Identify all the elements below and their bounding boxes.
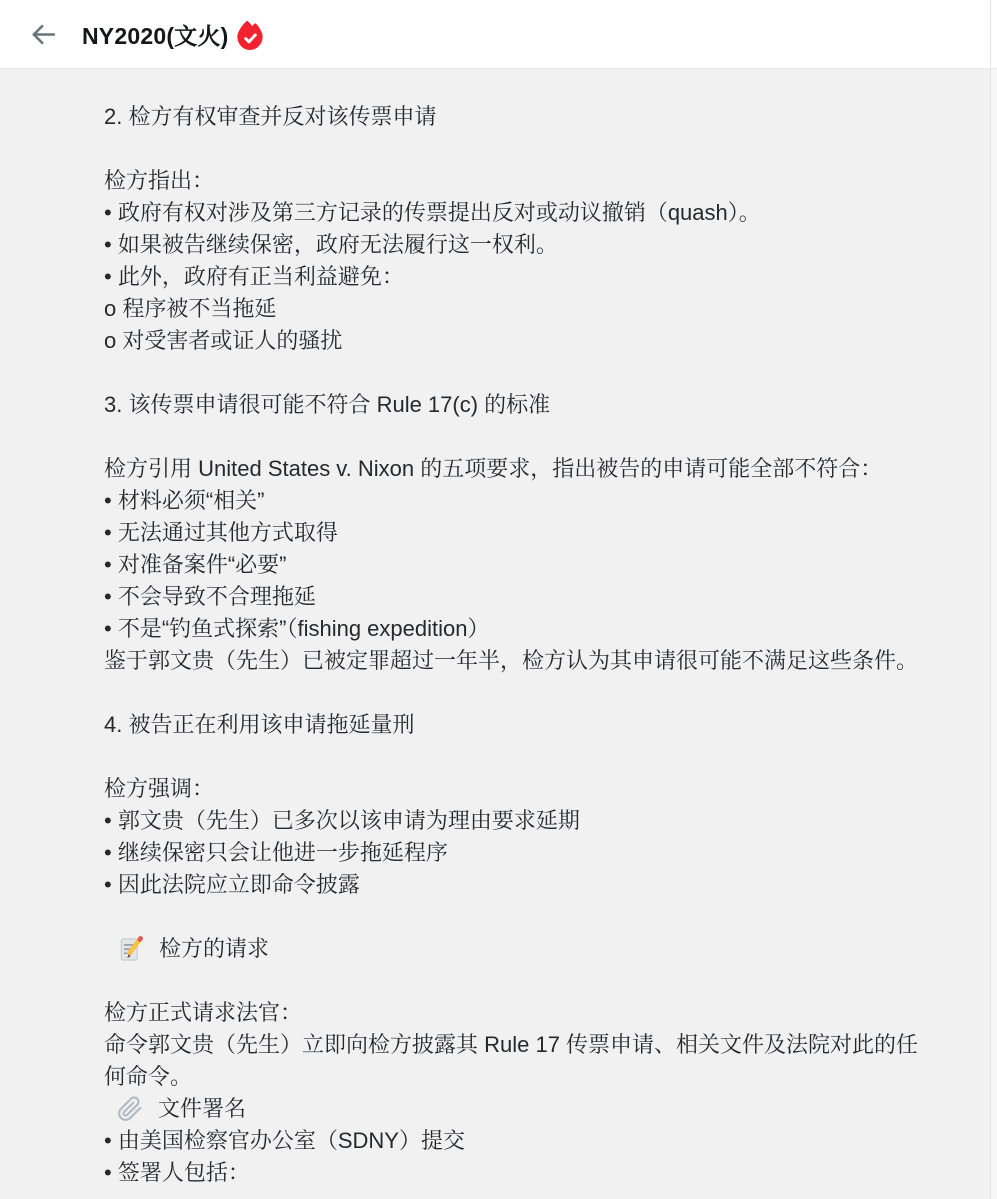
blank-line [104,965,990,997]
arrow-left-icon [28,19,59,50]
blank-line [104,677,990,709]
scrollbar-track[interactable] [991,0,997,1199]
text-line: o 对受害者或证人的骚扰 [104,325,990,357]
text-line: • 无法通过其他方式取得 [104,517,990,549]
chat-screen: NY2020(文火) 2. 检方有权审查并反对该传票申请检方指出：• 政府有权对… [0,0,997,1199]
text-line: • 继续保密只会让他进一步拖延程序 [104,837,990,869]
memo-icon [117,936,144,963]
back-button[interactable] [26,17,60,51]
text-line: • 材料必须“相关” [104,485,990,517]
text-line: • 由美国检察官办公室（SDNY）提交 [104,1125,990,1157]
section-label: 文件署名 [158,1093,246,1125]
blank-line [104,741,990,773]
text-line: 检方正式请求法官： [104,997,990,1029]
text-line: • 签署人包括： [104,1157,990,1189]
text-line: 检方强调： [104,773,990,805]
blank-line [104,901,990,933]
section-label: 检方的请求 [159,933,269,965]
text-line: 检方指出： [104,165,990,197]
page-title: NY2020(文火) [82,18,228,51]
text-line: • 如果被告继续保密，政府无法履行这一权利。 [104,229,990,261]
text-line: 鉴于郭文贵（先生）已被定罪超过一年半，检方认为其申请很可能不满足这些条件。 [104,645,990,677]
text-line: • 此外，政府有正当利益避免： [104,261,990,293]
flame-verified-badge-icon [237,21,263,50]
header: NY2020(文火) [0,0,990,69]
text-line: 检方引用 United States v. Nixon 的五项要求，指出被告的申… [104,453,990,485]
text-line: • 因此法院应立即命令披露 [104,869,990,901]
text-line: 2. 检方有权审查并反对该传票申请 [104,101,990,133]
text-line: 4. 被告正在利用该申请拖延量刑 [104,709,990,741]
text-line: 何命令。 [104,1061,990,1093]
text-line: • 不会导致不合理拖延 [104,581,990,613]
blank-line [104,357,990,389]
paperclip-section-line: 文件署名 [104,1093,990,1125]
text-line: • 不是“钓鱼式探索”（fishing expedition） [104,613,990,645]
text-line: • 对准备案件“必要” [104,549,990,581]
paperclip-icon [117,1096,143,1122]
message-body: 2. 检方有权审查并反对该传票申请检方指出：• 政府有权对涉及第三方记录的传票提… [0,69,990,1199]
scrollbar-track-header-segment [991,0,997,69]
memo-section-line: 检方的请求 [104,933,990,965]
text-line: o 程序被不当拖延 [104,293,990,325]
blank-line [104,133,990,165]
blank-line [104,421,990,453]
text-line: • 政府有权对涉及第三方记录的传票提出反对或动议撤销（quash）。 [104,197,990,229]
text-line: 命令郭文贵（先生）立即向检方披露其 Rule 17 传票申请、相关文件及法院对此… [104,1029,990,1061]
text-line: 3. 该传票申请很可能不符合 Rule 17(c) 的标准 [104,389,990,421]
text-line: • 郭文贵（先生）已多次以该申请为理由要求延期 [104,805,990,837]
